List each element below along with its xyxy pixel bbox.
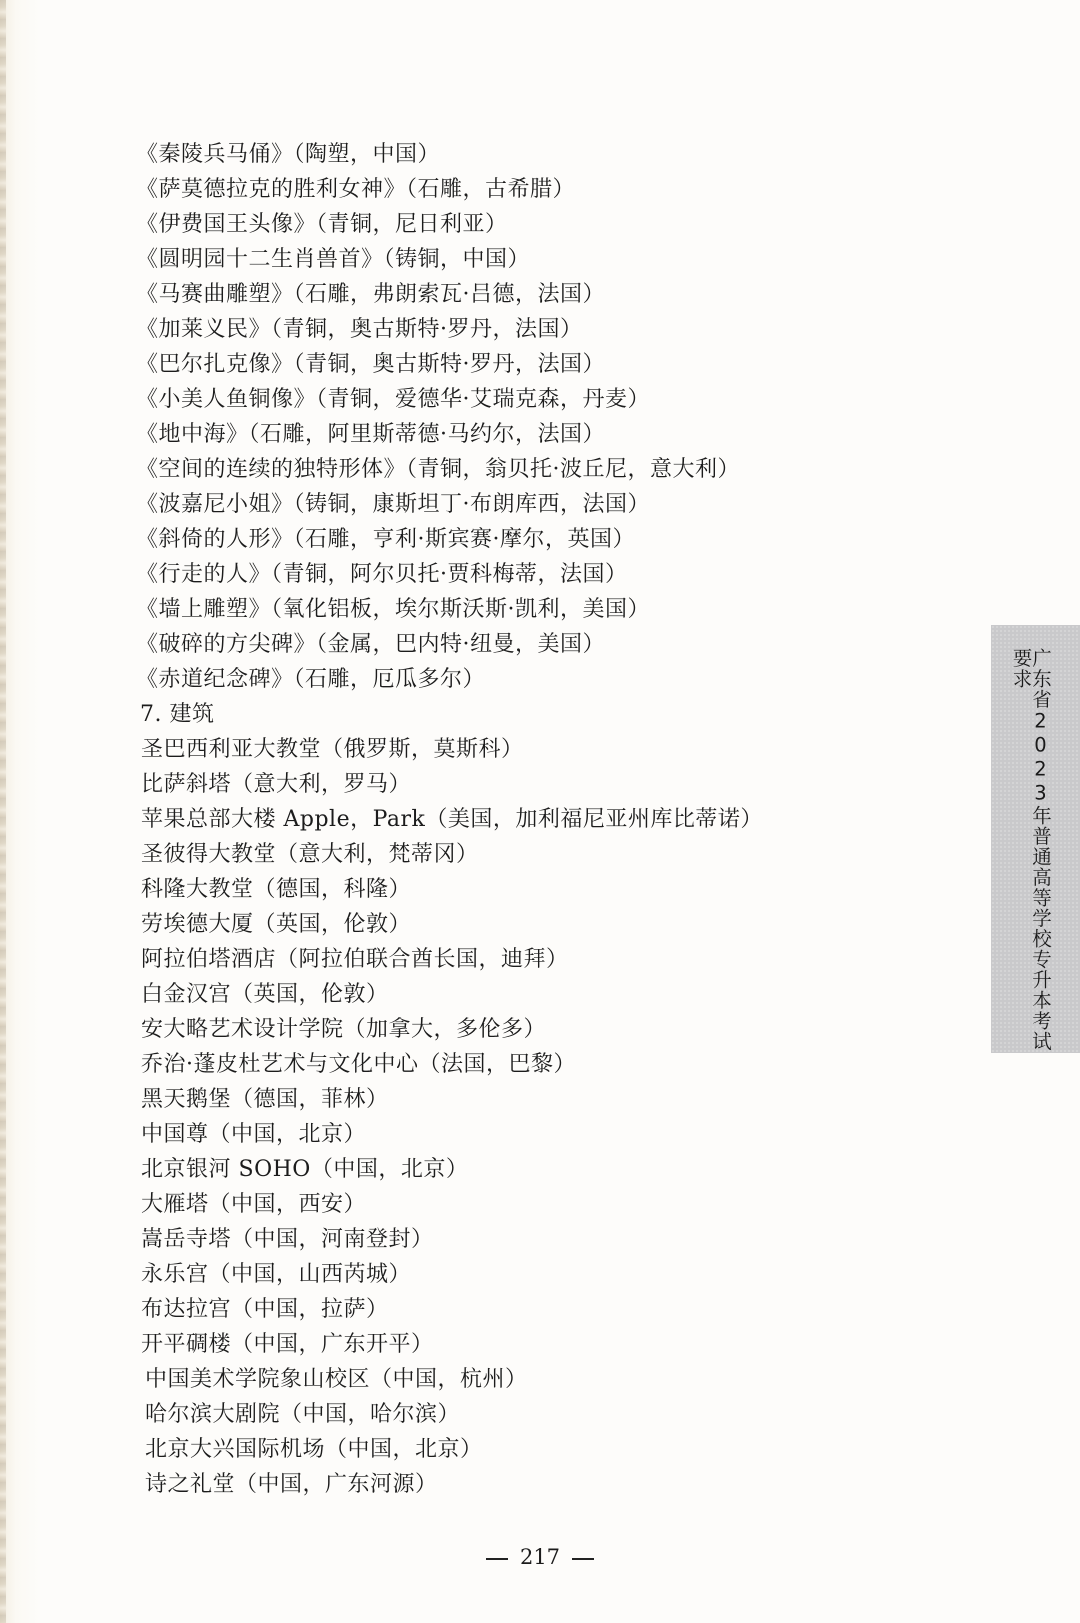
document-page: 《秦陵兵马俑》（陶塑，中国） 《萨莫德拉克的胜利女神》（石雕，古希腊） 《伊费国… [0,0,1080,1623]
building-item: 白金汉宫（英国，伦敦） [136,977,956,1012]
sculpture-item: 《波嘉尼小姐》（铸铜，康斯坦丁·布朗库西，法国） [136,487,956,522]
sculpture-list: 《秦陵兵马俑》（陶塑，中国） 《萨莫德拉克的胜利女神》（石雕，古希腊） 《伊费国… [136,137,956,697]
sculpture-item: 《小美人鱼铜像》（青铜，爱德华·艾瑞克森，丹麦） [136,382,956,417]
building-item: 诗之礼堂（中国，广东河源） [136,1467,956,1502]
building-item: 圣彼得大教堂（意大利，梵蒂冈） [136,837,956,872]
building-item: 北京银河 SOHO（中国，北京） [136,1152,956,1187]
sculpture-item: 《圆明园十二生肖兽首》（铸铜，中国） [136,242,956,277]
building-item: 黑天鹅堡（德国，菲林） [136,1082,956,1117]
chapter-side-tab: 广东省2023年普通高等学校专升本考试要求 [991,625,1080,1053]
page-worn-edge [0,0,6,1623]
building-item: 中国美术学院象山校区（中国，杭州） [136,1362,956,1397]
building-list: 圣巴西利亚大教堂（俄罗斯，莫斯科） 比萨斜塔（意大利，罗马） 苹果总部大楼 Ap… [136,732,956,1502]
side-tab-label: 广东省2023年普通高等学校专升本考试要求 [1011,625,1050,1053]
building-item: 大雁塔（中国，西安） [136,1187,956,1222]
sculpture-item: 《斜倚的人形》（石雕，亨利·斯宾赛·摩尔，英国） [136,522,956,557]
building-item: 科隆大教堂（德国，科隆） [136,872,956,907]
sculpture-item: 《马赛曲雕塑》（石雕，弗朗索瓦·吕德，法国） [136,277,956,312]
building-item: 安大略艺术设计学院（加拿大，多伦多） [136,1012,956,1047]
section-heading-architecture: 7. 建筑 [136,697,956,732]
building-item: 比萨斜塔（意大利，罗马） [136,767,956,802]
sculpture-item: 《赤道纪念碑》（石雕，厄瓜多尔） [136,662,956,697]
sculpture-item: 《行走的人》（青铜，阿尔贝托·贾科梅蒂，法国） [136,557,956,592]
building-item: 嵩岳寺塔（中国，河南登封） [136,1222,956,1257]
sculpture-item: 《萨莫德拉克的胜利女神》（石雕，古希腊） [136,172,956,207]
building-item: 阿拉伯塔酒店（阿拉伯联合酋长国，迪拜） [136,942,956,977]
building-item: 劳埃德大厦（英国，伦敦） [136,907,956,942]
building-item: 开平碉楼（中国，广东开平） [136,1327,956,1362]
building-item: 苹果总部大楼 Apple，Park（美国，加利福尼亚州库比蒂诺） [136,802,956,837]
building-item: 中国尊（中国，北京） [136,1117,956,1152]
sculpture-item: 《地中海》（石雕，阿里斯蒂德·马约尔，法国） [136,417,956,452]
page-number-value: 217 [520,1545,560,1569]
sculpture-item: 《破碎的方尖碑》（金属，巴内特·纽曼，美国） [136,627,956,662]
building-item: 永乐宫（中国，山西芮城） [136,1257,956,1292]
page-number-dash-left [486,1558,508,1560]
sculpture-item: 《加莱义民》（青铜，奥古斯特·罗丹，法国） [136,312,956,347]
page-content: 《秦陵兵马俑》（陶塑，中国） 《萨莫德拉克的胜利女神》（石雕，古希腊） 《伊费国… [136,137,956,1502]
building-item: 哈尔滨大剧院（中国，哈尔滨） [136,1397,956,1432]
building-item: 北京大兴国际机场（中国，北京） [136,1432,956,1467]
sculpture-item: 《墙上雕塑》（氧化铝板，埃尔斯沃斯·凯利，美国） [136,592,956,627]
building-item: 圣巴西利亚大教堂（俄罗斯，莫斯科） [136,732,956,767]
sculpture-item: 《空间的连续的独特形体》（青铜，翁贝托·波丘尼，意大利） [136,452,956,487]
page-number: 217 [0,1545,1080,1569]
sculpture-item: 《伊费国王头像》（青铜，尼日利亚） [136,207,956,242]
page-number-dash-right [572,1558,594,1560]
sculpture-item: 《秦陵兵马俑》（陶塑，中国） [136,137,956,172]
building-item: 乔治·蓬皮杜艺术与文化中心（法国，巴黎） [136,1047,956,1082]
sculpture-item: 《巴尔扎克像》（青铜，奥古斯特·罗丹，法国） [136,347,956,382]
building-item: 布达拉宫（中国，拉萨） [136,1292,956,1327]
